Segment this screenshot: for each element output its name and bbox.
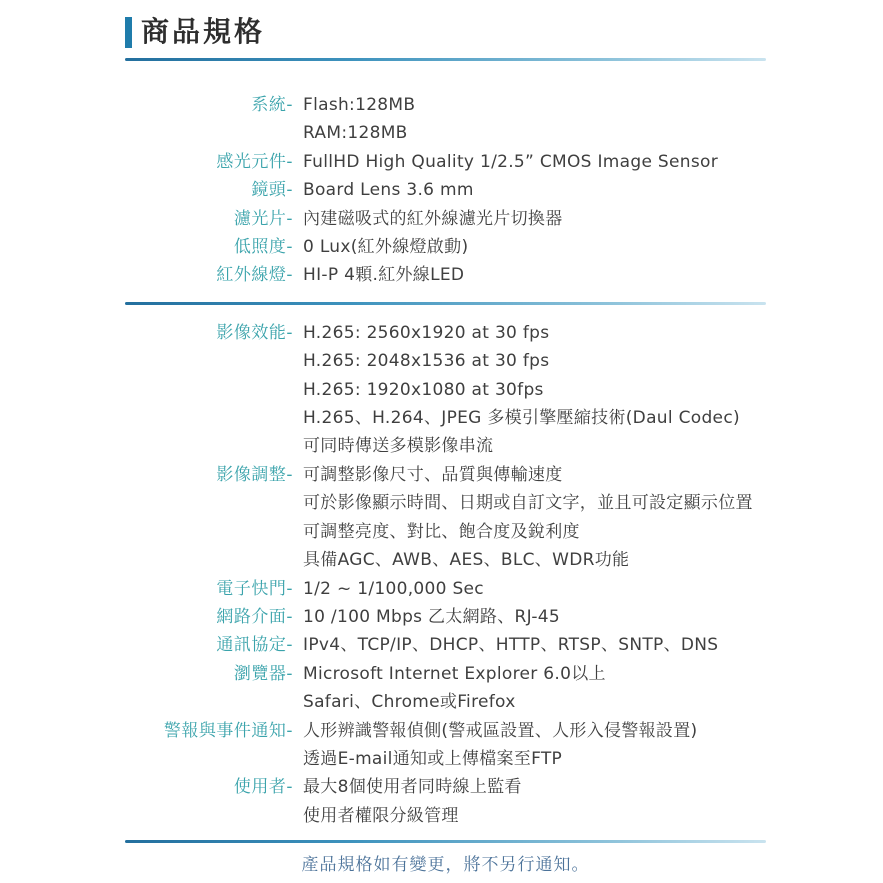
- spec-label: 低照度-: [125, 233, 293, 261]
- spec-values: IPv4、TCP/IP、DHCP、HTTP、RTSP、SNTP、DNS: [303, 631, 718, 659]
- spec-label: 警報與事件通知-: [125, 717, 293, 745]
- spec-value: Flash:128MB: [303, 91, 415, 119]
- title-underline: [125, 58, 766, 61]
- spec-row-protocols: 通訊協定- IPv4、TCP/IP、DHCP、HTTP、RTSP、SNTP、DN…: [125, 631, 766, 659]
- spec-value: Safari、Chrome或Firefox: [303, 688, 606, 716]
- spec-value: RAM:128MB: [303, 119, 415, 147]
- spec-value: 10 /100 Mbps 乙太網路、RJ-45: [303, 603, 560, 631]
- spec-values: FullHD High Quality 1/2.5” CMOS Image Se…: [303, 148, 718, 176]
- spec-value: 可於影像顯示時間、日期或自訂文字，並且可設定顯示位置: [303, 489, 753, 517]
- spec-values: Microsoft Internet Explorer 6.0以上 Safari…: [303, 660, 606, 717]
- spec-label: 通訊協定-: [125, 631, 293, 659]
- spec-label: 瀏覽器-: [125, 660, 293, 688]
- spec-values: 1/2 ~ 1/100,000 Sec: [303, 575, 484, 603]
- title-accent-bar: [125, 17, 132, 48]
- footer-divider-line: [125, 840, 766, 843]
- spec-value: H.265: 2048x1536 at 30 fps: [303, 347, 740, 375]
- spec-values: HI-P 4顆.紅外線LED: [303, 261, 464, 289]
- spec-value: H.265、H.264、JPEG 多模引擎壓縮技術(Daul Codec): [303, 404, 740, 432]
- spec-value: 具備AGC、AWB、AES、BLC、WDR功能: [303, 546, 753, 574]
- spec-value: 人形辨識警報偵側(警戒區設置、人形入侵警報設置): [303, 717, 697, 745]
- spec-label: 感光元件-: [125, 148, 293, 176]
- spec-value: Board Lens 3.6 mm: [303, 176, 474, 204]
- spec-content: 商品規格 系統- Flash:128MB RAM:128MB 感光元件- Ful…: [125, 14, 766, 879]
- spec-value: 可調整亮度、對比、飽合度及銳利度: [303, 518, 753, 546]
- spec-value: 可調整影像尺寸、品質與傳輸速度: [303, 461, 753, 489]
- spec-value: FullHD High Quality 1/2.5” CMOS Image Se…: [303, 148, 718, 176]
- spec-values: 人形辨識警報偵側(警戒區設置、人形入侵警報設置) 透過E-mail通知或上傳檔案…: [303, 717, 697, 774]
- spec-values: Board Lens 3.6 mm: [303, 176, 474, 204]
- spec-label: 系統-: [125, 91, 293, 119]
- spec-values: 可調整影像尺寸、品質與傳輸速度 可於影像顯示時間、日期或自訂文字，並且可設定顯示…: [303, 461, 753, 575]
- spec-values: Flash:128MB RAM:128MB: [303, 91, 415, 148]
- spec-row-shutter: 電子快門- 1/2 ~ 1/100,000 Sec: [125, 575, 766, 603]
- spec-value: Microsoft Internet Explorer 6.0以上: [303, 660, 606, 688]
- spec-row-low-lux: 低照度- 0 Lux(紅外線燈啟動): [125, 233, 766, 261]
- spec-row-ir-led: 紅外線燈- HI-P 4顆.紅外線LED: [125, 261, 766, 289]
- spec-value: 1/2 ~ 1/100,000 Sec: [303, 575, 484, 603]
- spec-values: 0 Lux(紅外線燈啟動): [303, 233, 468, 261]
- spec-row-browser: 瀏覽器- Microsoft Internet Explorer 6.0以上 S…: [125, 660, 766, 717]
- spec-label: 網路介面-: [125, 603, 293, 631]
- spec-value: IPv4、TCP/IP、DHCP、HTTP、RTSP、SNTP、DNS: [303, 631, 718, 659]
- spec-row-video-performance: 影像效能- H.265: 2560x1920 at 30 fps H.265: …: [125, 319, 766, 461]
- spec-values: 最大8個使用者同時線上監看 使用者權限分級管理: [303, 773, 522, 830]
- spec-row-alarm-events: 警報與事件通知- 人形辨識警報偵側(警戒區設置、人形入侵警報設置) 透過E-ma…: [125, 717, 766, 774]
- spec-value: 可同時傳送多模影像串流: [303, 432, 740, 460]
- spec-label: 影像效能-: [125, 319, 293, 347]
- spec-value: 0 Lux(紅外線燈啟動): [303, 233, 468, 261]
- spec-label: 鏡頭-: [125, 176, 293, 204]
- spec-value: 最大8個使用者同時線上監看: [303, 773, 522, 801]
- spec-row-image-adjust: 影像調整- 可調整影像尺寸、品質與傳輸速度 可於影像顯示時間、日期或自訂文字，並…: [125, 461, 766, 575]
- spec-row-lens: 鏡頭- Board Lens 3.6 mm: [125, 176, 766, 204]
- spec-row-users: 使用者- 最大8個使用者同時線上監看 使用者權限分級管理: [125, 773, 766, 830]
- spec-row-network-interface: 網路介面- 10 /100 Mbps 乙太網路、RJ-45: [125, 603, 766, 631]
- spec-label: 影像調整-: [125, 461, 293, 489]
- spec-value: H.265: 1920x1080 at 30fps: [303, 376, 740, 404]
- spec-section-software: 影像效能- H.265: 2560x1920 at 30 fps H.265: …: [125, 319, 766, 830]
- spec-value: 內建磁吸式的紅外線濾光片切換器: [303, 205, 563, 233]
- spec-change-notice: 產品規格如有變更，將不另行通知。: [125, 851, 766, 879]
- spec-values: H.265: 2560x1920 at 30 fps H.265: 2048x1…: [303, 319, 740, 461]
- spec-value: H.265: 2560x1920 at 30 fps: [303, 319, 740, 347]
- spec-values: 10 /100 Mbps 乙太網路、RJ-45: [303, 603, 560, 631]
- spec-label: 電子快門-: [125, 575, 293, 603]
- spec-values: 內建磁吸式的紅外線濾光片切換器: [303, 205, 563, 233]
- spec-row-sensor: 感光元件- FullHD High Quality 1/2.5” CMOS Im…: [125, 148, 766, 176]
- spec-row-ir-filter: 濾光片- 內建磁吸式的紅外線濾光片切換器: [125, 205, 766, 233]
- section-header: 商品規格: [125, 14, 766, 50]
- spec-label: 使用者-: [125, 773, 293, 801]
- spec-table: 系統- Flash:128MB RAM:128MB 感光元件- FullHD H…: [125, 91, 766, 830]
- spec-label: 紅外線燈-: [125, 261, 293, 289]
- spec-section-hardware: 系統- Flash:128MB RAM:128MB 感光元件- FullHD H…: [125, 91, 766, 290]
- spec-label: 濾光片-: [125, 205, 293, 233]
- spec-value: 使用者權限分級管理: [303, 802, 522, 830]
- spec-value: HI-P 4顆.紅外線LED: [303, 261, 464, 289]
- page-title: 商品規格: [141, 18, 265, 46]
- spec-row-system: 系統- Flash:128MB RAM:128MB: [125, 91, 766, 148]
- spec-value: 透過E-mail通知或上傳檔案至FTP: [303, 745, 697, 773]
- section-divider-line: [125, 302, 766, 305]
- product-spec-page: 商品規格 系統- Flash:128MB RAM:128MB 感光元件- Ful…: [0, 0, 883, 883]
